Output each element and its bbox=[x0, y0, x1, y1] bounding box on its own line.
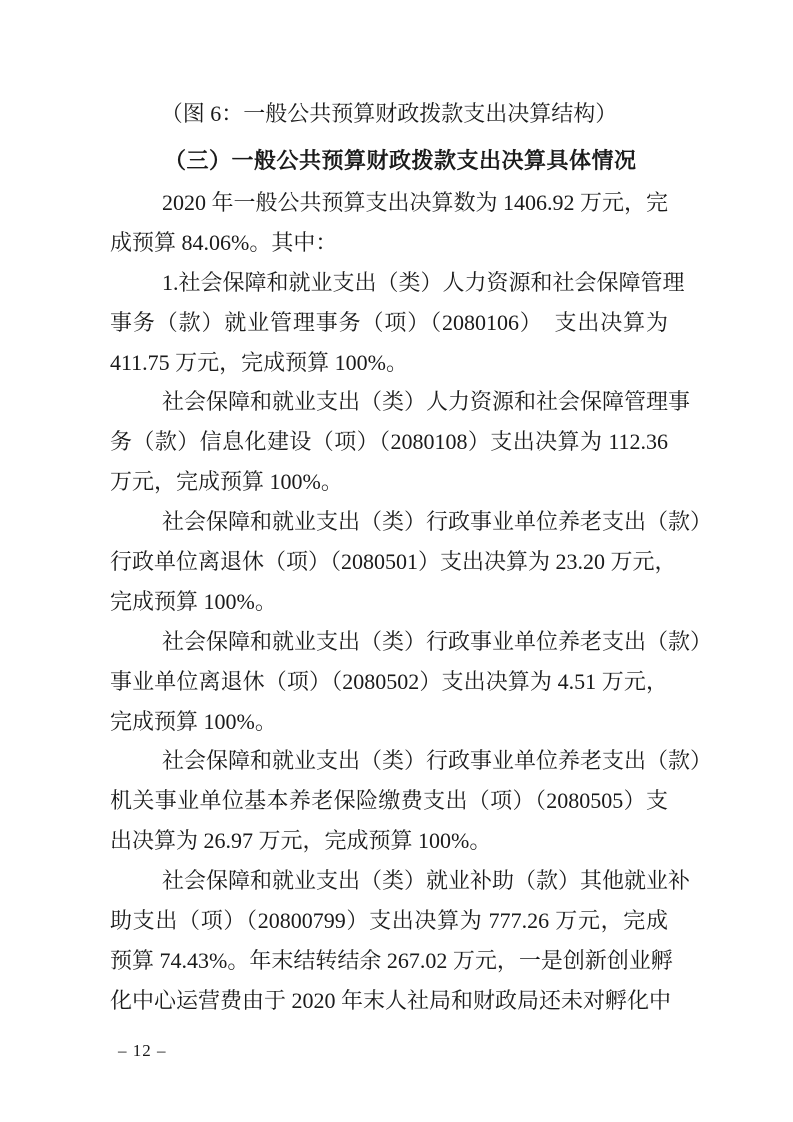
text-line: 1.社会保障和就业支出（类）人力资源和社会保障管理 bbox=[110, 263, 668, 303]
text-line: 社会保障和就业支出（类）行政事业单位养老支出（款） bbox=[110, 502, 668, 542]
text-line: 社会保障和就业支出（类）人力资源和社会保障管理事 bbox=[110, 382, 668, 422]
text-line: 预算 74.43%。年末结转结余 267.02 万元，一是创新创业孵 bbox=[110, 941, 668, 981]
text-line: 事务（款）就业管理事务（项）（2080106） 支出决算为 bbox=[110, 303, 668, 343]
text-line: 务（款）信息化建设（项）（2080108）支出决算为 112.36 bbox=[110, 422, 668, 462]
text-line: 社会保障和就业支出（类）行政事业单位养老支出（款） bbox=[110, 741, 668, 781]
figure-caption: （图 6：一般公共预算财政拨款支出决算结构） bbox=[110, 94, 668, 134]
text-line: 化中心运营费由于 2020 年末人社局和财政局还未对孵化中 bbox=[110, 981, 668, 1021]
text-line: 411.75 万元，完成预算 100%。 bbox=[110, 343, 668, 383]
text-line: 完成预算 100%。 bbox=[110, 582, 668, 622]
para-budget-summary: 2020 年一般公共预算支出决算数为 1406.92 万元，完成预算 84.06… bbox=[110, 183, 668, 263]
section-heading: （三）一般公共预算财政拨款支出决算具体情况 bbox=[110, 141, 668, 181]
text-line: 完成预算 100%。 bbox=[110, 702, 668, 742]
page-number: – 12 – bbox=[118, 1041, 167, 1061]
para-2080108-informatization: 社会保障和就业支出（类）人力资源和社会保障管理事务（款）信息化建设（项）（208… bbox=[110, 382, 668, 502]
para-20800799-other-employment-subsidy: 社会保障和就业支出（类）就业补助（款）其他就业补助支出（项）（20800799）… bbox=[110, 861, 668, 1021]
text-line: 社会保障和就业支出（类）行政事业单位养老支出（款） bbox=[110, 622, 668, 662]
text-line: 事业单位离退休（项）（2080502）支出决算为 4.51 万元， bbox=[110, 662, 668, 702]
text-line: 万元，完成预算 100%。 bbox=[110, 462, 668, 502]
para-2080106-employment-management: 1.社会保障和就业支出（类）人力资源和社会保障管理事务（款）就业管理事务（项）（… bbox=[110, 263, 668, 383]
document-page: （图 6：一般公共预算财政拨款支出决算结构） （三）一般公共预算财政拨款支出决算… bbox=[0, 0, 793, 1122]
para-2080501-admin-retirement: 社会保障和就业支出（类）行政事业单位养老支出（款）行政单位离退休（项）（2080… bbox=[110, 502, 668, 622]
text-line: 成预算 84.06%。其中： bbox=[110, 223, 668, 263]
text-line: 社会保障和就业支出（类）就业补助（款）其他就业补 bbox=[110, 861, 668, 901]
para-2080502-institution-retirement: 社会保障和就业支出（类）行政事业单位养老支出（款）事业单位离退休（项）（2080… bbox=[110, 622, 668, 742]
text-line: 机关事业单位基本养老保险缴费支出（项）（2080505）支 bbox=[110, 781, 668, 821]
document-body: 2020 年一般公共预算支出决算数为 1406.92 万元，完成预算 84.06… bbox=[110, 183, 668, 1021]
para-2080505-pension-contribution: 社会保障和就业支出（类）行政事业单位养老支出（款）机关事业单位基本养老保险缴费支… bbox=[110, 741, 668, 861]
text-line: 出决算为 26.97 万元，完成预算 100%。 bbox=[110, 821, 668, 861]
text-line: 行政单位离退休（项）（2080501）支出决算为 23.20 万元， bbox=[110, 542, 668, 582]
text-line: 助支出（项）（20800799）支出决算为 777.26 万元，完成 bbox=[110, 901, 668, 941]
text-line: 2020 年一般公共预算支出决算数为 1406.92 万元，完 bbox=[110, 183, 668, 223]
